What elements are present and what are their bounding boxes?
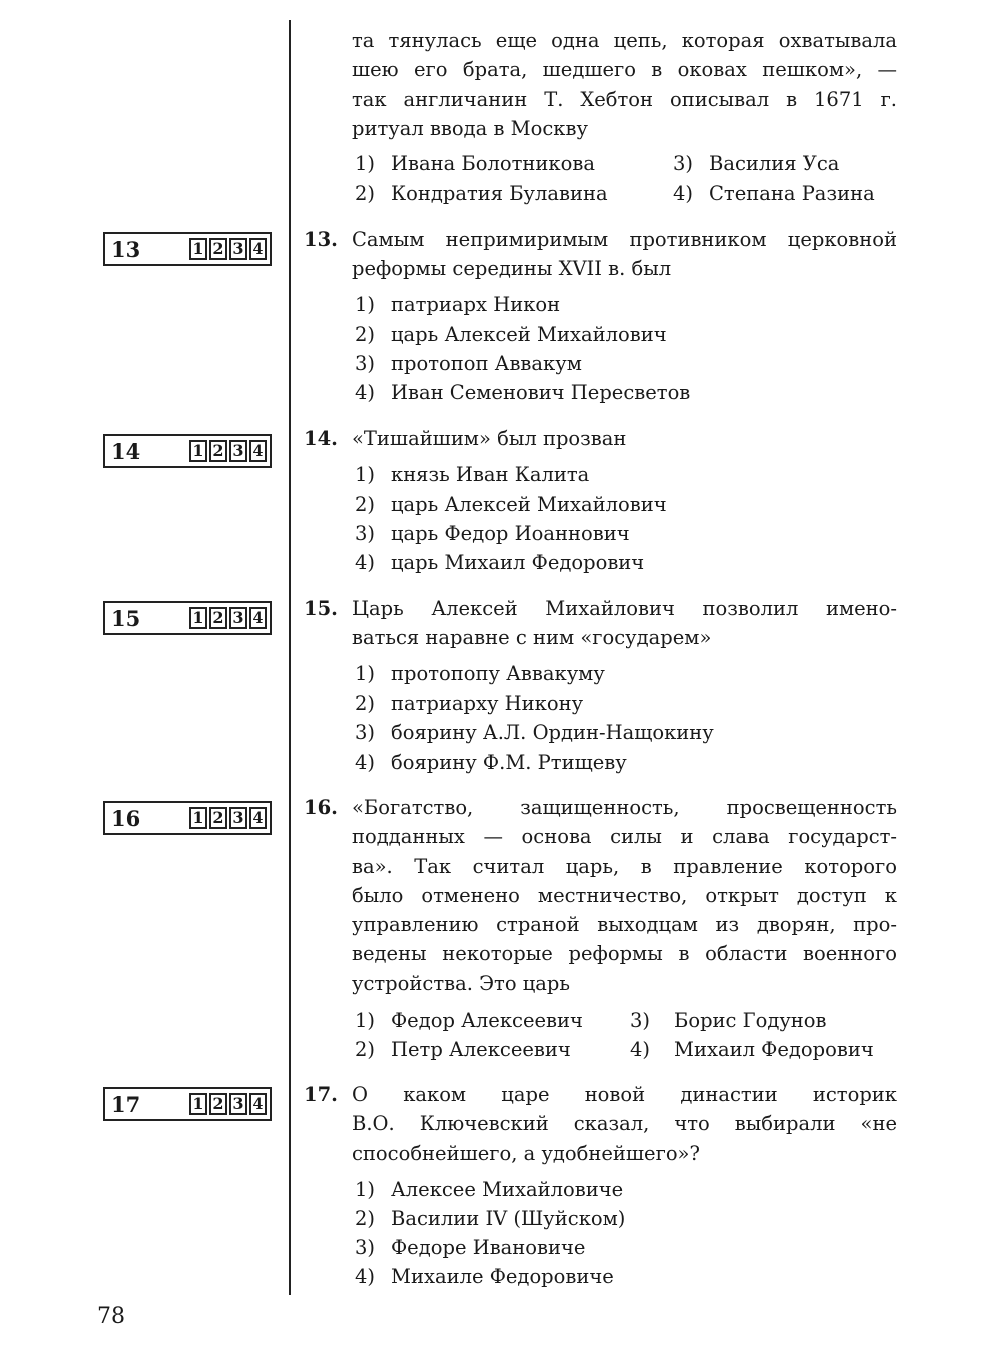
answer-cell-4[interactable]: 4	[249, 238, 267, 260]
answer-cell-1[interactable]: 1	[189, 807, 207, 829]
text-line: управлению страной выходцам из дворян, п…	[352, 910, 897, 939]
text-line: шею его брата, шедшего в оковах пешком»,…	[352, 55, 897, 84]
answer-cell-1[interactable]: 1	[189, 607, 207, 629]
option-17-4: 4)Михаиле Федоровиче	[355, 1262, 614, 1291]
text-line: способнейшего, а удобнейшего»?	[352, 1139, 897, 1168]
option-13-4: 4)Иван Семенович Пересветов	[355, 378, 690, 407]
text-line: реформы середины XVII в. был	[352, 254, 897, 283]
option-14-4: 4)царь Михаил Федорович	[355, 548, 644, 577]
question-13-text: Самым непримиримым противником церковной…	[352, 225, 897, 284]
answer-cell-3[interactable]: 3	[229, 1093, 247, 1115]
option-16-2: 2)Петр Алексеевич	[355, 1035, 571, 1064]
option-17-3: 3)Федоре Ивановиче	[355, 1233, 585, 1262]
text-line: Царь Алексей Михайлович позволил имено-	[352, 594, 897, 623]
option-14-3: 3)царь Федор Иоаннович	[355, 519, 630, 548]
option-13-1: 1)патриарх Никон	[355, 290, 560, 319]
answer-cell-4[interactable]: 4	[249, 607, 267, 629]
answer-cell-3[interactable]: 3	[229, 440, 247, 462]
answer-box-number: 15	[111, 605, 140, 633]
answer-box-number: 13	[111, 236, 140, 264]
option-14-1: 1)князь Иван Калита	[355, 460, 589, 489]
text-line: так англичанин Т. Хебтон описывал в 1671…	[352, 85, 897, 114]
text-line: ведены некоторые реформы в области военн…	[352, 939, 897, 968]
option-12-4: 4)Степана Разина	[673, 179, 875, 208]
answer-cell-3[interactable]: 3	[229, 238, 247, 260]
answer-cell-1[interactable]: 1	[189, 238, 207, 260]
text-line: подданных — основа силы и слава государс…	[352, 822, 897, 851]
option-15-1: 1)протопопу Аввакуму	[355, 659, 605, 688]
question-number: 13.	[304, 225, 338, 254]
answer-cell-1[interactable]: 1	[189, 1093, 207, 1115]
answer-box-number: 14	[111, 438, 140, 466]
page-number: 78	[97, 1302, 125, 1332]
option-16-1: 1)Федор Алексеевич	[355, 1006, 583, 1035]
answer-box-number: 17	[111, 1091, 140, 1119]
question-12-continuation: та тянулась еще одна цепь, которая охват…	[352, 26, 897, 143]
text-line: «Тишайшим» был прозван	[352, 424, 897, 453]
question-17-text: О каком царе новой династии историк В.О.…	[352, 1080, 897, 1168]
answer-box-14: 14 1 2 3 4	[103, 434, 272, 468]
option-13-3: 3)протопоп Аввакум	[355, 349, 582, 378]
option-15-2: 2)патриарху Никону	[355, 689, 583, 718]
text-line: та тянулась еще одна цепь, которая охват…	[352, 26, 897, 55]
answer-box-number: 16	[111, 805, 140, 833]
option-16-3: 3)Борис Годунов	[630, 1006, 827, 1035]
text-line: устройства. Это царь	[352, 969, 897, 998]
text-line: ритуал ввода в Москву	[352, 114, 897, 143]
answer-cell-3[interactable]: 3	[229, 607, 247, 629]
question-number: 15.	[304, 594, 338, 623]
option-12-2: 2)Кондратия Булавина	[355, 179, 608, 208]
answer-cell-2[interactable]: 2	[209, 440, 227, 462]
answer-cell-2[interactable]: 2	[209, 807, 227, 829]
text-line: Самым непримиримым противником церковной	[352, 225, 897, 254]
question-15-text: Царь Алексей Михайлович позволил имено- …	[352, 594, 897, 653]
answer-cell-4[interactable]: 4	[249, 440, 267, 462]
question-number: 14.	[304, 424, 338, 453]
text-line: ва». Так считал царь, в правление которо…	[352, 852, 897, 881]
option-14-2: 2)царь Алексей Михайлович	[355, 490, 667, 519]
answer-cell-3[interactable]: 3	[229, 807, 247, 829]
option-13-2: 2)царь Алексей Михайлович	[355, 320, 667, 349]
answer-cell-2[interactable]: 2	[209, 607, 227, 629]
question-number: 16.	[304, 793, 338, 822]
text-line: было отменено местничество, открыт досту…	[352, 881, 897, 910]
text-line: В.О. Ключевский сказал, что выбирали «не	[352, 1109, 897, 1138]
column-divider	[289, 20, 291, 1295]
answer-box-13: 13 1 2 3 4	[103, 232, 272, 266]
answer-cell-4[interactable]: 4	[249, 807, 267, 829]
answer-box-17: 17 1 2 3 4	[103, 1087, 272, 1121]
text-line: «Богатство, защищенность, просвещенность	[352, 793, 897, 822]
option-17-2: 2)Василии IV (Шуйском)	[355, 1204, 625, 1233]
answer-cell-2[interactable]: 2	[209, 238, 227, 260]
answer-cell-4[interactable]: 4	[249, 1093, 267, 1115]
option-15-3: 3)боярину А.Л. Ордин-Нащокину	[355, 718, 714, 747]
answer-box-16: 16 1 2 3 4	[103, 801, 272, 835]
question-14-text: «Тишайшим» был прозван	[352, 424, 897, 453]
answer-cell-1[interactable]: 1	[189, 440, 207, 462]
question-number: 17.	[304, 1080, 338, 1109]
answer-box-15: 15 1 2 3 4	[103, 601, 272, 635]
option-12-1: 1)Ивана Болотникова	[355, 149, 595, 178]
text-line: ваться наравне с ним «государем»	[352, 623, 897, 652]
option-15-4: 4)боярину Ф.М. Ртищеву	[355, 748, 627, 777]
question-16-text: «Богатство, защищенность, просвещенность…	[352, 793, 897, 998]
text-line: О каком царе новой династии историк	[352, 1080, 897, 1109]
option-16-4: 4)Михаил Федорович	[630, 1035, 874, 1064]
answer-cell-2[interactable]: 2	[209, 1093, 227, 1115]
option-17-1: 1)Алексее Михайловиче	[355, 1175, 623, 1204]
option-12-3: 3)Василия Уса	[673, 149, 839, 178]
